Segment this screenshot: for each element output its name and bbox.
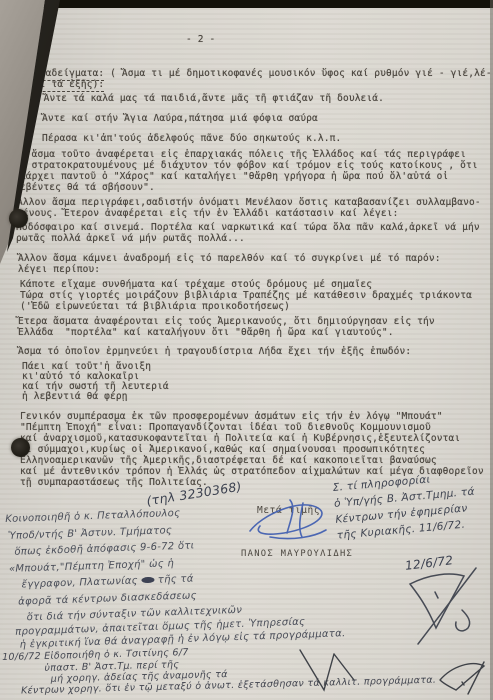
note-line-text: ἔγγραφον, Πλατωνίας: [21, 575, 138, 590]
typed-line: καί ἀναρχισμοῦ,κατασυκοφαντεῖται ἡ Πολιτ…: [20, 433, 490, 444]
typed-line: Ἑλληνοαμερικανῶν τῆς Ἀμερικῆς,διαστρέφετ…: [20, 455, 490, 466]
typed-line: Ἄντε καί στήν Ἅγια Λαύρα,πάτησα μιά φόφι…: [42, 113, 490, 124]
page-number: - 2 -: [186, 34, 215, 45]
paragraph-heading: Παραδείγματα: ( Ἄσμα τι μέ δημοτικοφανές…: [28, 68, 490, 79]
scanned-page: - 2 - Παραδείγματα: ( Ἄσμα τι μέ δημοτικ…: [0, 0, 493, 700]
typed-line: λεβέντες θά τά σβήσουν".: [14, 182, 490, 193]
typed-line: Ἄσμα τό ὁποῖον ἑρμηνεύει ἡ τραγουδίστρια…: [18, 346, 490, 357]
typed-line: Τώρα στίς γιορτές μοιράζουν βιβλιάρια Τρ…: [20, 290, 490, 301]
note-line-text: τῆς τά: [158, 573, 194, 585]
typed-line: 1) Ἄντε τά καλά μας τά παιδιά,ἄντε μᾶς τ…: [26, 93, 490, 104]
typed-line: λέγει περίπου:: [18, 264, 490, 275]
left-margin-note: Κοινοποιηθῆ ὁ κ. Πεταλλόπουλος Ὑποδ/ντής…: [5, 498, 402, 654]
typed-line: οἱ σύμμαχοι,κυρίως οἱ Ἀμερικανοί,καθώς κ…: [20, 444, 490, 455]
typed-line: Πέρασα κι'ἀπ'τούς ἀδελφούς πᾶνε δύο σηκω…: [42, 133, 490, 144]
typed-line: Κάποτε εἴχαμε συνθήματα καί τρέχαμε στού…: [20, 279, 490, 290]
typed-line: Τό ἄσμα τοῦτο ἀναφέρεται εἰς ἐπαρχιακάς …: [14, 149, 490, 160]
typed-line: ὡς στρατοκρατουμένους μέ διάχυτον τόν φό…: [14, 160, 490, 171]
typed-line: Ἄλλον ἄσμα περιγράφει,σαδιστήν ὀνόματι Μ…: [17, 197, 490, 208]
check-mark: [296, 648, 360, 696]
ink-blot: [141, 577, 154, 583]
typed-line: μένους. Ἕτερον ἀναφέρεται εἰς τήν ἐν Ἑλλ…: [17, 208, 490, 219]
typed-line: ὑπάρχει παντοῦ ὁ "Χάρος" καί καταλήγει "…: [14, 171, 490, 182]
typed-line: ('Ἐδῶ εἰρωνεύεται τά βιβλιάρια προικοδοτ…: [20, 301, 490, 312]
typed-line: Ποδόσφαιρο καί σινεμά. Πορτέλα καί ναρκω…: [16, 222, 490, 233]
typed-line: Ἕτερα ἄσματα ἀναφέρονται εἰς τούς Ἀμερικ…: [18, 316, 490, 327]
typed-line: "Πέμπτη Ἐποχή" εἶναι: Προπαγανδίζονται ἰ…: [20, 422, 490, 433]
scanner-top-edge: [0, 0, 493, 8]
hole-punch-bottom: [11, 438, 30, 457]
typed-line: Ἑλλάδα "πορτέλα" καί καταλήγουν ὅτι "θἄρ…: [18, 327, 490, 338]
typed-line: ἡ λεβεντιά θά φέρῃ: [22, 392, 490, 402]
bottom-right-paraphe: [436, 658, 490, 698]
paragraph-heading-cont: γει τά ἑξῆς):: [28, 79, 490, 90]
typed-line: ρωτᾶς πολλά ἀρκεῖ νά μήν ρωτᾶς πολλά...: [16, 233, 490, 244]
hole-punch-top: [9, 209, 28, 228]
typed-body: Παραδείγματα: ( Ἄσμα τι μέ δημοτικοφανές…: [8, 68, 490, 488]
heading-rest: ( Ἄσμα τι μέ δημοτικοφανές μουσικόν ὕφος…: [104, 68, 491, 79]
typed-line: Ἄλλον ἄσμα κάμνει ἀναδρομή εἰς τό παρελθ…: [18, 253, 490, 264]
typed-line: Γενικόν συμπέρασμα ἐκ τῶν προσφερομένων …: [20, 411, 490, 422]
approval-paraphe: [402, 566, 484, 650]
